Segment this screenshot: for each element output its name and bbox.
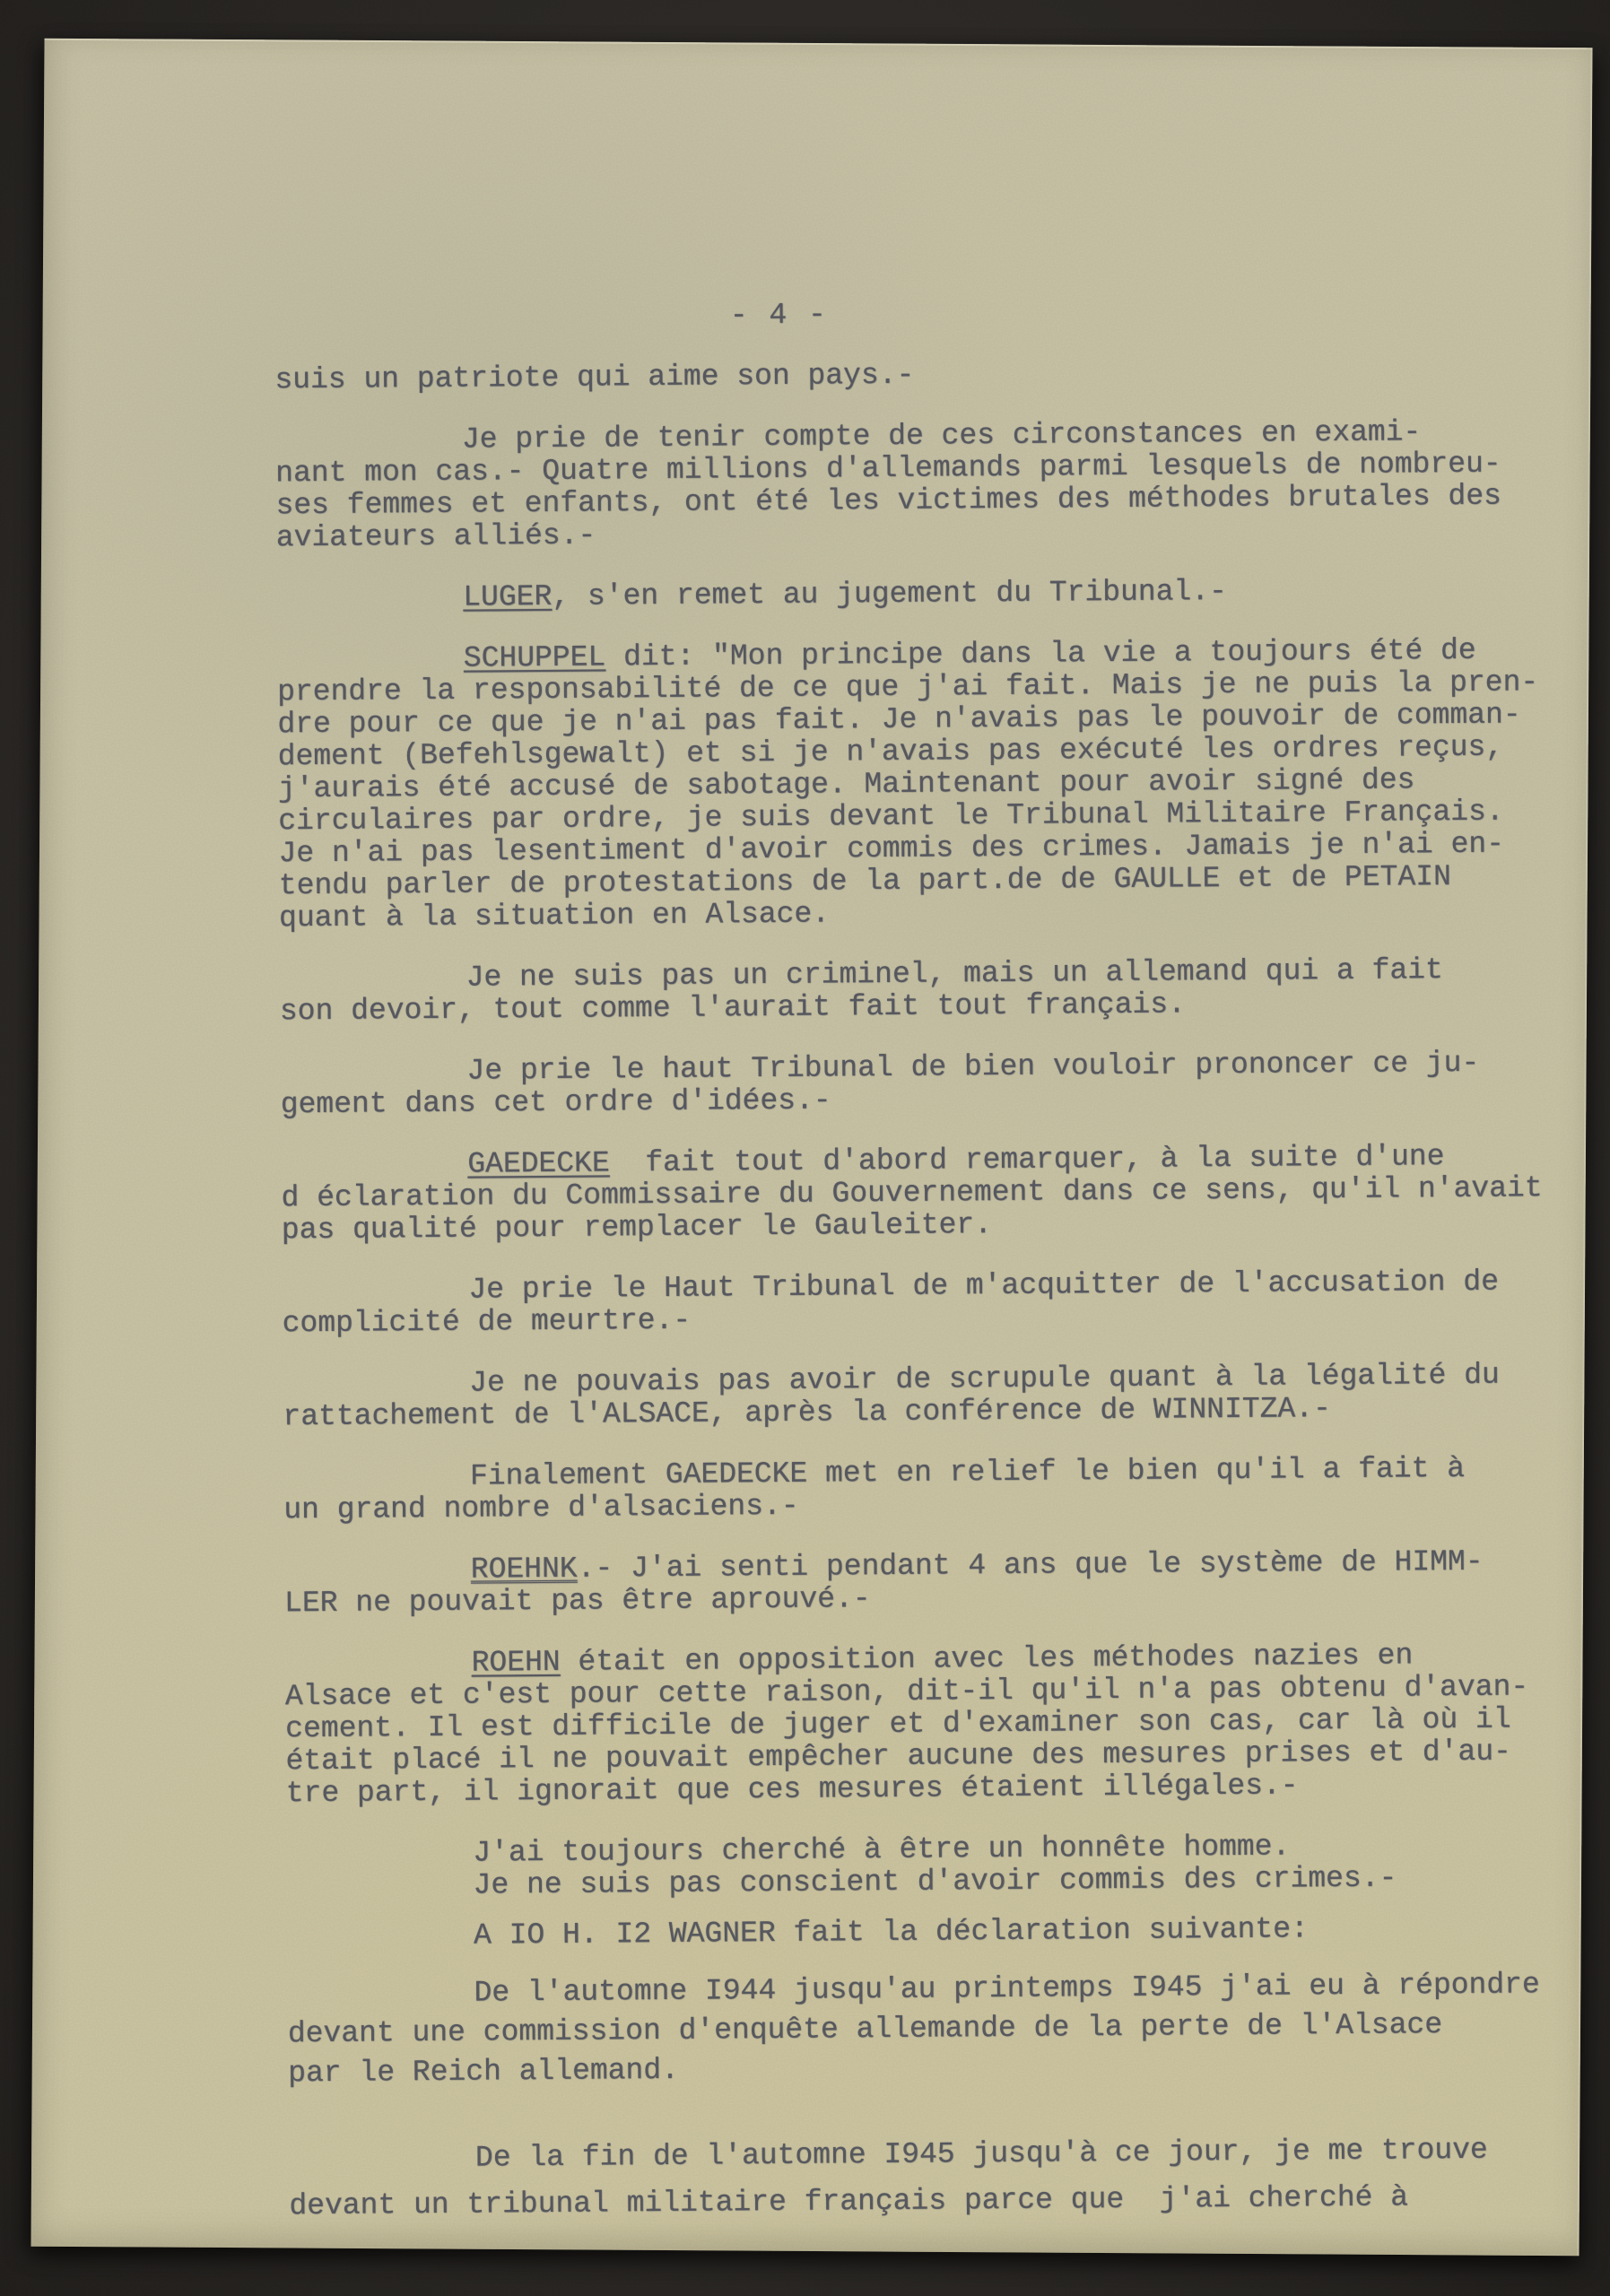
speaker-name: LUGER <box>463 580 552 614</box>
paragraph: De l'automne I944 jusqu'au printemps I94… <box>287 1965 1592 2094</box>
text-line: devant un tribunal militaire français pa… <box>289 2173 1592 2231</box>
page-text: - 4 - suis un patriote qui aime son pays… <box>274 293 1593 2231</box>
speaker-name: ROEHN <box>472 1646 561 1680</box>
text-line: LUGER, s'en remet au jugement du Tribuna… <box>276 573 1592 616</box>
scan-background: - 4 - suis un patriote qui aime son pays… <box>0 0 1610 2296</box>
paragraph: ROEHNK.- J'ai senti pendant 4 ans que le… <box>284 1545 1593 1621</box>
document-page: - 4 - suis un patriote qui aime son pays… <box>30 39 1592 2256</box>
paragraph: Je ne pouvais pas avoir de scrupule quan… <box>283 1359 1592 1434</box>
paragraph: J'ai toujours cherché à être un honnête … <box>286 1829 1592 1904</box>
paragraphs: suis un patriote qui aime son pays.-Je p… <box>274 354 1592 2231</box>
paragraph: Je prie le haut Tribunal de bien vouloir… <box>280 1047 1592 1122</box>
paragraph: LUGER, s'en remet au jugement du Tribuna… <box>276 573 1592 616</box>
paragraph: De la fin de l'automne I945 jusqu'à ce j… <box>289 2126 1593 2231</box>
text-line: A IO H. I2 WAGNER fait la déclaration su… <box>287 1911 1593 1954</box>
speaker-name: GAEDECKE <box>467 1146 610 1180</box>
paragraph: SCHUPPEL dit: "Mon principe dans la vie … <box>277 634 1593 935</box>
paragraph: Finalement GAEDECKE met en relief le bie… <box>283 1452 1593 1527</box>
paragraph: Je prie le Haut Tribunal de m'acquitter … <box>282 1265 1592 1341</box>
speaker-name: SCHUPPEL <box>464 640 606 674</box>
speaker-name: ROEHNK <box>471 1552 578 1587</box>
paragraph: A IO H. I2 WAGNER fait la déclaration su… <box>287 1911 1593 1954</box>
paragraph: Je prie de tenir compte de ces circonsta… <box>275 415 1593 555</box>
paragraph: suis un patriote qui aime son pays.- <box>274 354 1592 397</box>
page-number: - 4 - <box>274 293 1593 336</box>
paragraph: Je ne suis pas un criminel, mais un alle… <box>280 953 1593 1029</box>
paragraph: GAEDECKE fait tout d'abord remarquer, à … <box>281 1140 1592 1248</box>
text-line: suis un patriote qui aime son pays.- <box>274 354 1592 397</box>
paragraph: ROEHN était en opposition avec les métho… <box>285 1639 1593 1811</box>
